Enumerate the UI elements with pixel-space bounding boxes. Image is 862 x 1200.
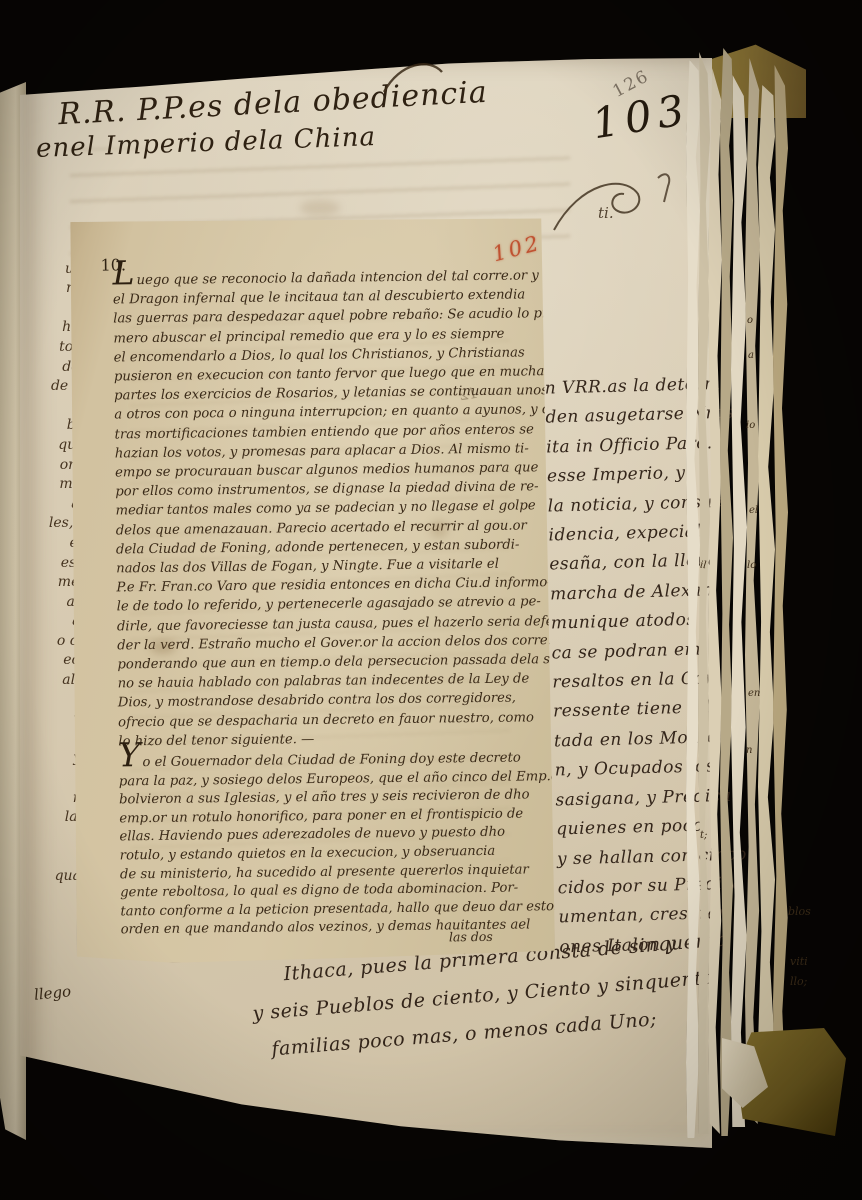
left-catchword: llego <box>33 982 72 1004</box>
edge-fragment: llo; <box>790 975 807 988</box>
page-edge-strip <box>731 75 747 1127</box>
edge-fragment: io <box>746 420 755 431</box>
inner-paragraph-1: Luego que se reconocio la dañada intenci… <box>112 256 532 751</box>
edge-fragment: il <box>699 560 707 572</box>
ink-flourish-icon <box>540 168 680 240</box>
edge-fragment: t; <box>700 830 707 841</box>
edge-fragment: o <box>747 315 753 326</box>
edge-fragment: n <box>746 745 752 756</box>
page-edge-strip <box>745 58 760 1124</box>
inner-page: 10. 102 12 Luego que se reconocio la dañ… <box>68 216 555 964</box>
catchword: las dos <box>449 929 493 945</box>
ink-flourish-icon <box>378 56 452 98</box>
manuscript-line: Yo el Gouernador dela Ciudad de Foning d… <box>118 738 532 773</box>
right-column-line: ita in Officio Paro. <box>546 428 737 462</box>
edge-fragment: blos <box>788 905 811 918</box>
page-edge-strip <box>758 85 775 1117</box>
page-edge-strip <box>773 65 788 1105</box>
inner-paragraph-2: Yo el Gouernador dela Ciudad de Foning d… <box>118 738 534 940</box>
manuscript-photo: R.R. P.P.es dela obediencia enel Imperio… <box>0 0 862 1200</box>
edge-fragment: el <box>749 505 758 516</box>
edge-fragment: en <box>748 688 760 699</box>
edge-fragment: lo <box>747 560 756 571</box>
edge-fragment: viti <box>790 955 808 968</box>
edge-fragment: a <box>748 350 754 361</box>
right-column-line: den asugetarse Nros <box>545 399 736 433</box>
